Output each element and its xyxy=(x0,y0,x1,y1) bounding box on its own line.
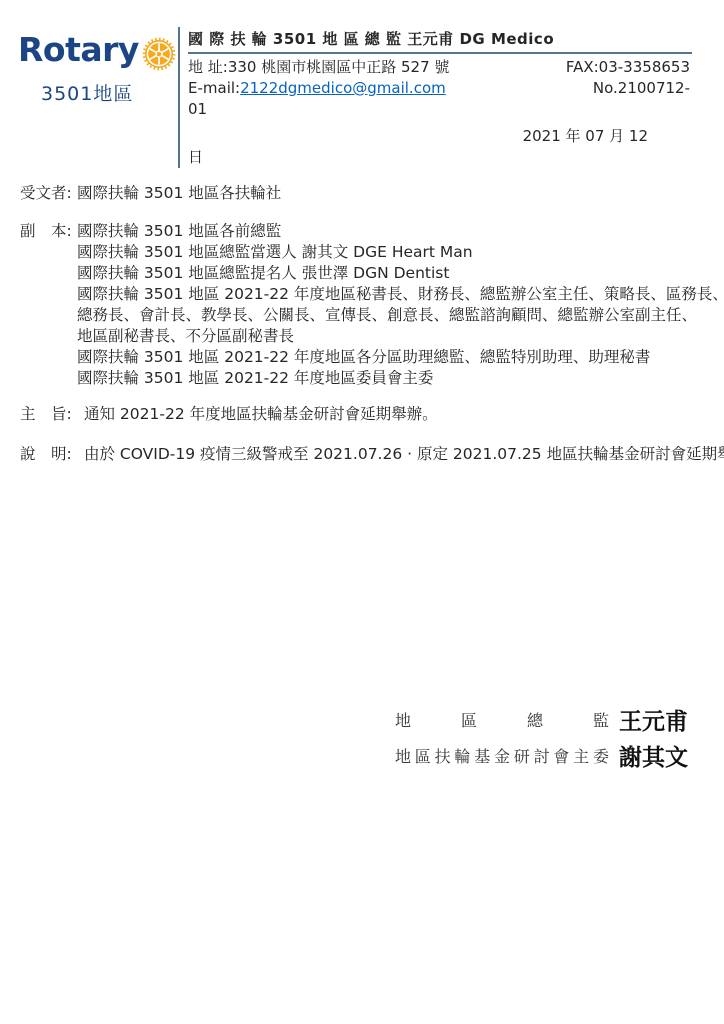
fax-text: FAX:03-3358653 xyxy=(566,57,692,78)
rotary-district-text: 3501地區 xyxy=(41,79,176,106)
email-line: E-mail:2122dgmedico@gmail.com xyxy=(188,78,446,99)
signature-block: 地 區 總 監 王元甫 地區扶輪基金研討會主委 謝其文 xyxy=(395,703,691,775)
letterhead-divider xyxy=(188,52,692,54)
cc-line: 國際扶輪 3501 地區各前總監 xyxy=(77,221,724,242)
email-link[interactable]: 2122dgmedico@gmail.com xyxy=(240,79,446,97)
subject-value: 通知 2021-22 年度地區扶輪基金研討會延期舉辦。 xyxy=(84,404,710,425)
address-text: 地 址:330 桃園市桃園區中正路 527 號 xyxy=(188,57,449,78)
cc-field: 副 本: 國際扶輪 3501 地區各前總監 國際扶輪 3501 地區總監當選人 … xyxy=(20,221,710,389)
date-wrap-text: 日 xyxy=(188,147,692,168)
subject-label: 主 旨: xyxy=(20,404,77,425)
explanation-value: 由於 COVID-19 疫情三級警戒至 2021.07.26 · 原定 2021… xyxy=(84,444,724,465)
recipient-label: 受文者: xyxy=(20,183,77,204)
letterhead-title: 國 際 扶 輪 3501 地 區 總 監 王元甫 DG Medico xyxy=(188,27,692,51)
recipient-field: 受文者: 國際扶輪 3501 地區各扶輪社 xyxy=(20,183,710,204)
cc-line: 國際扶輪 3501 地區總監提名人 張世澤 DGN Dentist xyxy=(77,263,724,284)
signature-name: 王元甫 xyxy=(619,703,691,736)
doc-number-text: No.2100712- xyxy=(593,78,692,99)
letterhead-address-row: 地 址:330 桃園市桃園區中正路 527 號 FAX:03-3358653 xyxy=(188,57,692,78)
cc-line: 國際扶輪 3501 地區 2021-22 年度地區秘書長、財務長、總監辦公室主任… xyxy=(77,284,724,305)
cc-line: 總務長、會計長、教學長、公關長、宣傳長、創意長、總監諮詢顧問、總監辦公室副主任、 xyxy=(77,305,724,326)
cc-line: 國際扶輪 3501 地區 2021-22 年度地區委員會主委 xyxy=(77,368,724,389)
signature-title: 地區扶輪基金研討會主委 xyxy=(395,744,609,767)
recipient-value: 國際扶輪 3501 地區各扶輪社 xyxy=(77,183,710,204)
rotary-wheel-icon xyxy=(142,26,176,82)
signature-row: 地區扶輪基金研討會主委 謝其文 xyxy=(395,739,691,772)
explanation-label: 說 明: xyxy=(20,444,77,465)
cc-label: 副 本: xyxy=(20,221,77,389)
letterhead: 國 際 扶 輪 3501 地 區 總 監 王元甫 DG Medico 地 址:3… xyxy=(178,27,692,168)
signature-title: 地 區 總 監 xyxy=(395,708,609,731)
email-label: E-mail: xyxy=(188,79,240,97)
signature-name: 謝其文 xyxy=(619,739,691,772)
rotary-brand-text: Rotary xyxy=(18,30,139,70)
signature-row: 地 區 總 監 王元甫 xyxy=(395,703,691,736)
letterhead-email-row: E-mail:2122dgmedico@gmail.com No.2100712… xyxy=(188,78,692,99)
date-text: 2021 年 07 月 12 xyxy=(188,126,692,147)
doc-number-wrap-text: 01 xyxy=(188,99,692,120)
subject-field: 主 旨: 通知 2021-22 年度地區扶輪基金研討會延期舉辦。 xyxy=(20,404,710,425)
letter-page: Rotary xyxy=(0,0,724,1024)
cc-line: 國際扶輪 3501 地區 2021-22 年度地區各分區助理總監、總監特別助理、… xyxy=(77,347,724,368)
explanation-field: 說 明: 由於 COVID-19 疫情三級警戒至 2021.07.26 · 原定… xyxy=(20,444,710,465)
cc-line: 地區副秘書長、不分區副秘書長 xyxy=(77,326,724,347)
cc-list: 國際扶輪 3501 地區各前總監 國際扶輪 3501 地區總監當選人 謝其文 D… xyxy=(77,221,724,389)
cc-line: 國際扶輪 3501 地區總監當選人 謝其文 DGE Heart Man xyxy=(77,242,724,263)
rotary-logo: Rotary xyxy=(18,30,176,106)
